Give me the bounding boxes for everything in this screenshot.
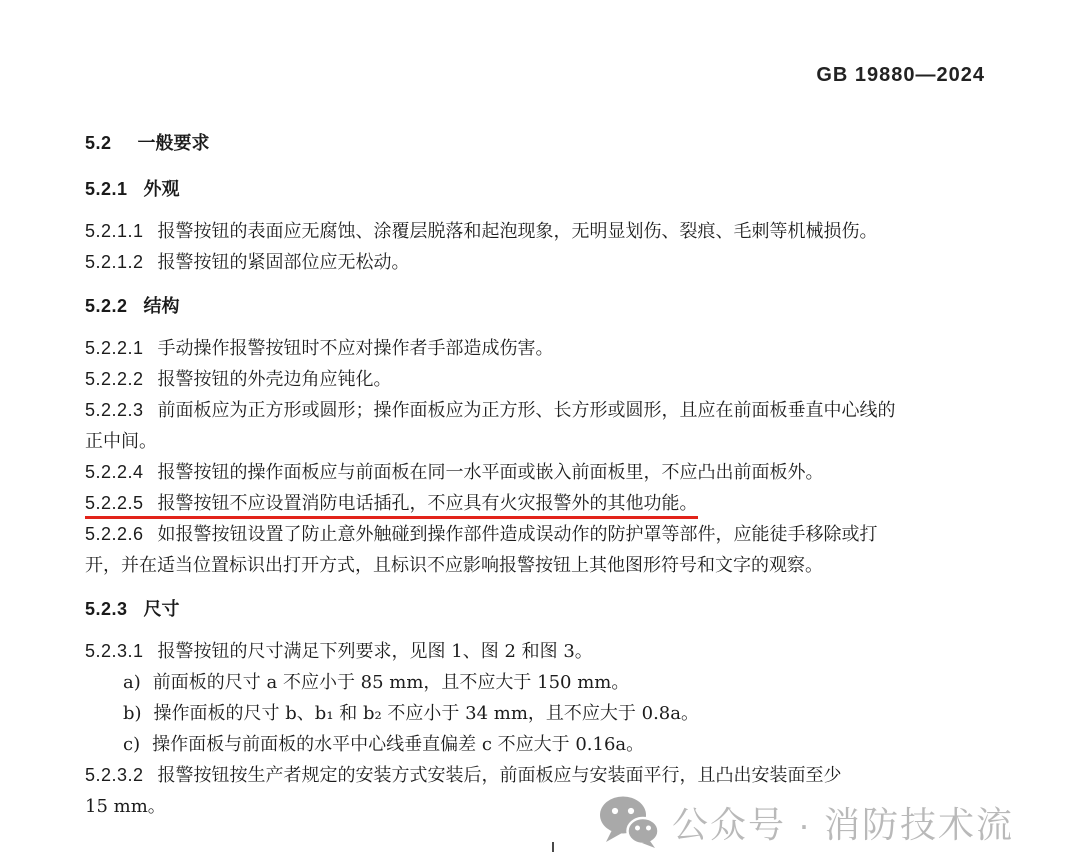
list-label: c) [123, 734, 140, 755]
clause-5-2-2-2: 5.2.2.2报警按钮的外壳边角应钝化。 [85, 364, 985, 395]
clause-text: 报警按钮不应设置消防电话插孔，不应具有火灾报警外的其他功能。 [158, 493, 698, 514]
clause-title: 结构 [144, 296, 180, 316]
clause-number: 5.2.3.1 [85, 641, 144, 661]
list-label: b) [123, 703, 142, 724]
section-heading-5-2-2: 5.2.2结构 [85, 291, 985, 322]
clause-title: 一般要求 [138, 133, 210, 153]
clause-5-2-2-4: 5.2.2.4报警按钮的操作面板应与前面板在同一水平面或嵌入前面板里，不应凸出前… [85, 457, 985, 488]
clause-number: 5.2.2 [85, 296, 128, 316]
list-text: 操作面板的尺寸 b、b₁ 和 b₂ 不应小于 34 mm，且不应大于 0.8a。 [154, 703, 699, 724]
standard-number: GB 19880—2024 [816, 64, 985, 87]
list-label: a) [123, 672, 141, 693]
red-underline-annotation: 5.2.2.5报警按钮不应设置消防电话插孔，不应具有火灾报警外的其他功能。 [85, 493, 698, 519]
clause-5-2-2-5-highlighted: 5.2.2.5报警按钮不应设置消防电话插孔，不应具有火灾报警外的其他功能。 [85, 488, 985, 519]
clause-text: 前面板应为正方形或圆形；操作面板应为正方形、长方形或圆形，且应在前面板垂直中心线… [85, 400, 896, 452]
clause-5-2-2-3: 5.2.2.3前面板应为正方形或圆形；操作面板应为正方形、长方形或圆形，且应在前… [85, 395, 985, 457]
clause-number: 5.2.3.2 [85, 765, 144, 785]
list-item-c: c)操作面板与前面板的水平中心线垂直偏差 c 不应大于 0.16a。 [85, 729, 985, 760]
clause-title: 外观 [144, 179, 180, 199]
page-center-mark [552, 842, 554, 852]
clause-number: 5.2.2.5 [85, 493, 144, 513]
clause-text: 报警按钮的操作面板应与前面板在同一水平面或嵌入前面板里，不应凸出前面板外。 [158, 462, 824, 483]
watermark-text: 公众号 · 消防技术流 [672, 797, 1014, 848]
document-page: GB 19880—2024 5.2一般要求 5.2.1外观 5.2.1.1报警按… [0, 0, 1080, 859]
clause-number: 5.2.2.4 [85, 462, 144, 482]
clause-number: 5.2.2.2 [85, 369, 144, 389]
watermark: 公众号 · 消防技术流 [598, 795, 1014, 849]
list-text: 前面板的尺寸 a 不应小于 85 mm，且不应大于 150 mm。 [153, 672, 630, 693]
clause-title: 尺寸 [144, 599, 180, 619]
clause-number: 5.2 [85, 133, 112, 153]
clause-text: 报警按钮的外壳边角应钝化。 [158, 369, 392, 390]
clause-number: 5.2.2.1 [85, 338, 144, 358]
clause-text: 手动操作报警按钮时不应对操作者手部造成伤害。 [158, 338, 554, 359]
clause-text: 报警按钮的尺寸满足下列要求，见图 1、图 2 和图 3。 [158, 641, 593, 662]
clause-5-2-3-1: 5.2.3.1报警按钮的尺寸满足下列要求，见图 1、图 2 和图 3。 [85, 636, 985, 667]
clause-number: 5.2.2.6 [85, 524, 144, 544]
section-heading-5-2: 5.2一般要求 [85, 128, 985, 159]
clause-5-2-1-2: 5.2.1.2报警按钮的紧固部位应无松动。 [85, 247, 985, 278]
clause-5-2-2-1: 5.2.2.1手动操作报警按钮时不应对操作者手部造成伤害。 [85, 333, 985, 364]
wechat-icon [598, 795, 660, 849]
clause-number: 5.2.1.1 [85, 221, 144, 241]
clause-number: 5.2.3 [85, 599, 128, 619]
list-item-a: a)前面板的尺寸 a 不应小于 85 mm，且不应大于 150 mm。 [85, 667, 985, 698]
section-heading-5-2-1: 5.2.1外观 [85, 174, 985, 205]
clause-text: 如报警按钮设置了防止意外触碰到操作部件造成误动作的防护罩等部件，应能徒手移除或打… [85, 524, 878, 576]
clause-5-2-1-1: 5.2.1.1报警按钮的表面应无腐蚀、涂覆层脱落和起泡现象，无明显划伤、裂痕、毛… [85, 216, 985, 247]
list-item-b: b)操作面板的尺寸 b、b₁ 和 b₂ 不应小于 34 mm，且不应大于 0.8… [85, 698, 985, 729]
document-body: 5.2一般要求 5.2.1外观 5.2.1.1报警按钮的表面应无腐蚀、涂覆层脱落… [85, 128, 985, 822]
section-heading-5-2-3: 5.2.3尺寸 [85, 594, 985, 625]
clause-text: 报警按钮的紧固部位应无松动。 [158, 252, 410, 273]
clause-number: 5.2.2.3 [85, 400, 144, 420]
clause-text: 报警按钮的表面应无腐蚀、涂覆层脱落和起泡现象，无明显划伤、裂痕、毛刺等机械损伤。 [158, 221, 878, 242]
clause-number: 5.2.1.2 [85, 252, 144, 272]
list-text: 操作面板与前面板的水平中心线垂直偏差 c 不应大于 0.16a。 [152, 734, 644, 755]
clause-5-2-2-6: 5.2.2.6如报警按钮设置了防止意外触碰到操作部件造成误动作的防护罩等部件，应… [85, 519, 985, 581]
clause-number: 5.2.1 [85, 179, 128, 199]
